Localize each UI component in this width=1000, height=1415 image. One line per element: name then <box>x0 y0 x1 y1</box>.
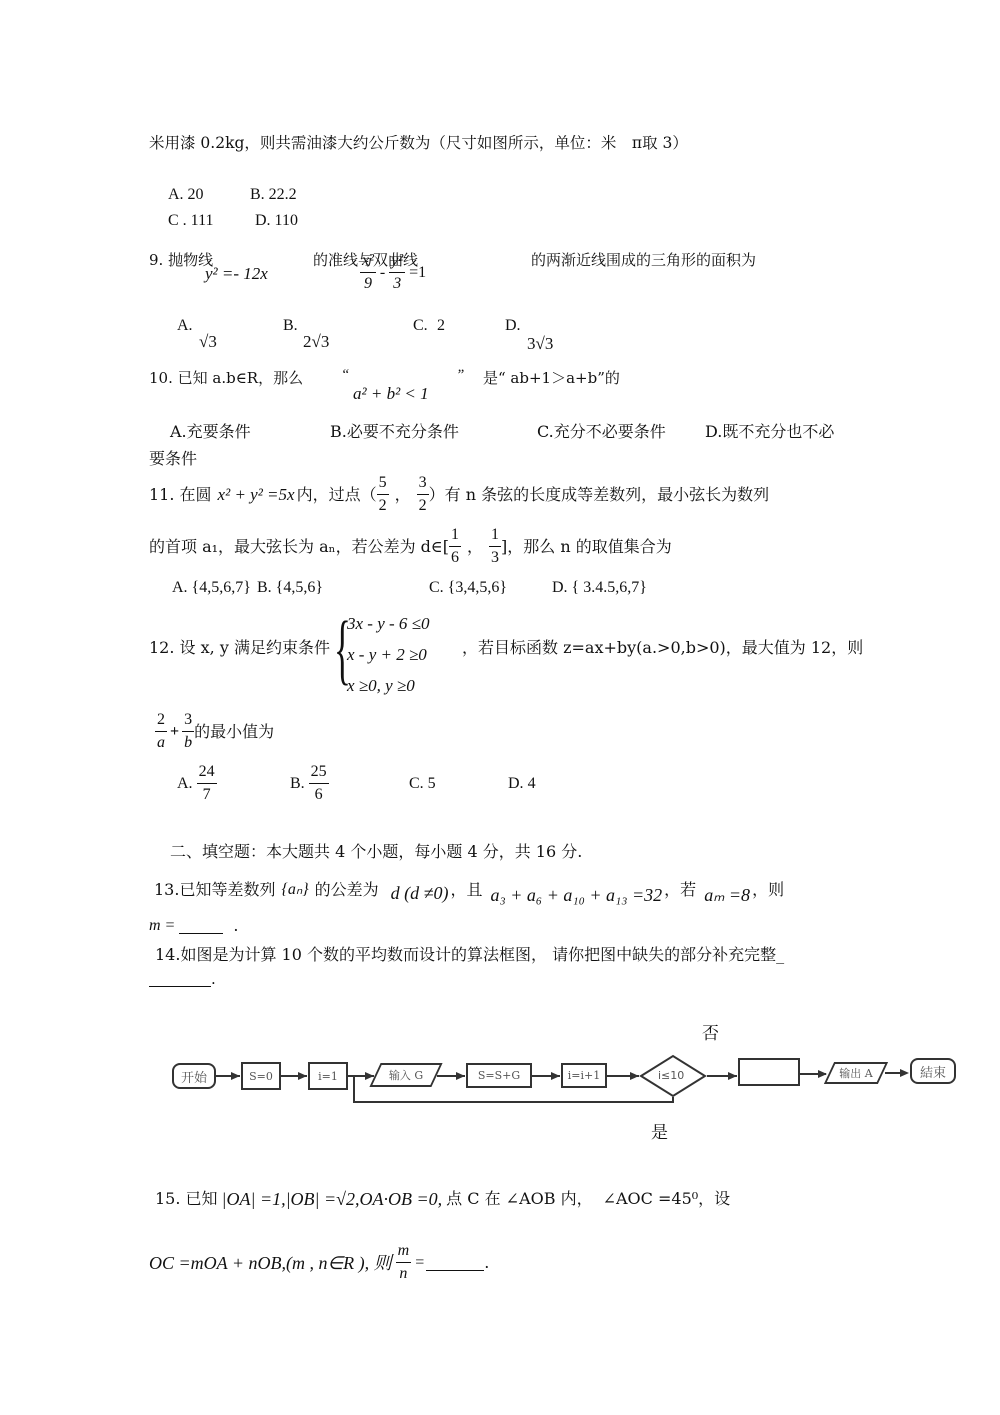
flowchart-accum: S=S+G <box>466 1063 532 1088</box>
q13-m-label: m = <box>149 918 175 934</box>
q11-px-num: 5 <box>377 475 389 495</box>
q12-constraint-2: x - y + 2 ≥0 <box>347 646 427 663</box>
q9-option-a-label: A. <box>177 318 193 334</box>
q13-sum: a₃ + a₆ + a₁₀ + a₁₃ =32 <box>491 886 663 904</box>
q12-option-a-label: A. <box>177 776 193 792</box>
q11-circle: x² + y² =5x <box>218 486 295 503</box>
flowchart-input: 输入 G <box>375 1063 437 1087</box>
q15-ob-norm: |OB| =√2, <box>286 1190 360 1208</box>
flowchart-s0-label: S=0 <box>249 1070 273 1083</box>
q12-option-d-value: 4 <box>528 775 536 792</box>
arrow-icon <box>231 1072 240 1080</box>
arrow-icon <box>456 1072 465 1080</box>
q12-option-a: A. 247 <box>177 764 217 804</box>
q9-h-num2: y² <box>389 253 405 273</box>
arrow-icon <box>298 1072 307 1080</box>
flowchart-inc-label: i=i+1 <box>568 1069 600 1082</box>
q10-option-c: C.充分不必要条件 <box>537 424 666 440</box>
q8-option-c: C . 111 <box>168 213 213 229</box>
q10-mid: 是“ ab+1＞a+b”的 <box>483 371 620 386</box>
q9-option-c-label: C. <box>413 318 428 334</box>
q15-line1: 15. 已知 |OA| =1, |OB| =√2, OA·OB =0, 点 C … <box>155 1190 730 1208</box>
q13-mid2: ，且 <box>451 882 483 898</box>
q9-option-c-value: 2 <box>437 318 445 334</box>
q15-frac-num: m <box>396 1243 412 1263</box>
q13-line2: m = . <box>149 918 238 934</box>
arrow-icon <box>630 1072 639 1080</box>
flowchart-output: 输出 A <box>829 1062 883 1084</box>
q12-suffix: ，若目标函数 z=ax+by(a.>0,b>0)，最大值为 12，则 <box>462 640 863 656</box>
q13-answer-blank[interactable] <box>179 933 223 934</box>
q15-point-c: 点 C 在 ∠AOB 内， <box>446 1191 592 1207</box>
q12-frac-2: 3b <box>182 712 194 752</box>
q12-d1: a <box>157 732 165 752</box>
q13-line1: 13.已知等差数列 {aₙ} 的公差为 d (d ≠0) ，且 a₃ + a₆ … <box>154 876 784 904</box>
flowchart-yes-label: 是 <box>651 1125 668 1142</box>
flowchart-loop-line <box>353 1101 674 1103</box>
arrow-icon <box>900 1069 909 1077</box>
q15-prefix: 15. 已知 <box>155 1191 218 1207</box>
q12-d2: b <box>184 732 192 752</box>
q9-h-rhs: =1 <box>409 265 426 281</box>
q11-point-x: 52 <box>377 475 389 515</box>
q11-dlo-num: 1 <box>449 527 461 547</box>
q12-expression: 2a + 3b 的最小值为 <box>155 712 274 752</box>
q10-prefix: 10. 已知 a.b∈R，那么 <box>149 371 303 386</box>
q10-option-d: D.既不充分也不必 <box>705 424 834 440</box>
q15-oa-norm: |OA| =1, <box>222 1190 286 1208</box>
section-2-heading: 二、填空题：本大题共 4 个小题，每小题 4 分，共 16 分. <box>170 844 582 860</box>
q10-option-b: B.必要不充分条件 <box>330 424 459 440</box>
q11-line1: 11. 在圆 x² + y² =5x 内，过点（ 52 ， 32 ）有 n 条弦… <box>149 475 769 515</box>
q15-dot-product: OA·OB =0, <box>360 1190 443 1208</box>
q9-option-b-value: 2√3 <box>303 333 329 350</box>
flowchart-input-label: 输入 G <box>389 1067 423 1083</box>
q11-dlo-den: 6 <box>451 547 459 567</box>
q11-prefix: 11. 在圆 <box>149 487 212 503</box>
q8-option-a: A. 20 <box>168 187 204 203</box>
q11-px-den: 2 <box>379 495 387 515</box>
q11-d-hi: 13 <box>489 527 501 567</box>
q14-line2: . <box>149 972 216 987</box>
q11-mid: 内，过点（ <box>297 487 377 503</box>
flowchart-start-label: 开始 <box>181 1067 207 1086</box>
q13-end: . <box>233 918 238 934</box>
q9-option-b-label: B. <box>283 318 298 334</box>
q14-text: 14.如图是为计算 10 个数的平均数而设计的算法框图， 请你把图中缺失的部分补… <box>155 947 784 963</box>
q9-h-den2: 3 <box>393 273 401 293</box>
flowchart-s0: S=0 <box>241 1062 281 1090</box>
q9-option-a-value: √3 <box>199 333 217 350</box>
q11-py-num: 3 <box>417 475 429 495</box>
q13-suffix: ，则 <box>752 882 784 898</box>
q11-line2-prefix: 的首项 a₁，最大弦长为 aₙ，若公差为 d∈[ <box>149 539 449 555</box>
q10-option-a: A.充要条件 <box>170 424 251 440</box>
q12-a-den: 7 <box>203 784 211 804</box>
q15-angle: ∠AOC =45⁰，设 <box>603 1191 731 1207</box>
q12-op: + <box>170 724 179 740</box>
q12-prefix: 12. 设 x, y 满足约束条件 <box>149 640 330 656</box>
q15-frac: mn <box>396 1243 412 1283</box>
arrow-icon <box>551 1072 560 1080</box>
q11-point-y: 32 <box>417 475 429 515</box>
flowchart-loop-line <box>353 1077 355 1103</box>
q12-constraint-3: x ≥0, y ≥0 <box>347 677 415 694</box>
q12-constraint-1: 3x - y - 6 ≤0 <box>347 615 430 632</box>
q15-line2: OC =mOA + nOB,(m , n∈R ), 则 mn = . <box>149 1243 489 1283</box>
q11-dhi-num: 1 <box>489 527 501 547</box>
flowchart-decision-label: i≤10 <box>658 1070 684 1081</box>
q12-a-num: 24 <box>197 764 217 784</box>
q15-oc-expr: OC =mOA + nOB,(m , n∈R ), 则 <box>149 1254 392 1272</box>
arrow-icon <box>818 1070 827 1078</box>
q9-option-d-label: D. <box>505 318 521 334</box>
q11-d-lo: 16 <box>449 527 461 567</box>
q9-h-op: - <box>380 265 385 281</box>
q12-option-d: D. 4 <box>508 776 536 792</box>
flowchart-end-label: 結束 <box>920 1062 946 1081</box>
q9-suffix: 的两渐近线围成的三角形的面积为 <box>531 253 756 268</box>
q15-answer-blank[interactable] <box>426 1254 484 1271</box>
q8-option-b: B. 22.2 <box>250 187 297 203</box>
q11-option-a: A. {4,5,6,7} <box>172 580 251 596</box>
flowchart-end: 結束 <box>910 1058 956 1084</box>
q13-am: aₘ =8 <box>704 886 750 904</box>
q12-n2: 3 <box>182 712 194 732</box>
q10-continuation: 要条件 <box>149 451 197 467</box>
q12-b-num: 25 <box>309 764 329 784</box>
q12-option-b: B. 256 <box>290 764 329 804</box>
q9-h-num1: x² <box>360 253 376 273</box>
q12-option-d-label: D. <box>508 775 524 792</box>
q12-option-c: C. 5 <box>409 776 436 792</box>
q15-frac-den: n <box>399 1263 407 1283</box>
q13-seq: {aₙ} <box>281 882 308 898</box>
q13-d: d (d ≠0) <box>391 884 449 902</box>
q12-option-b-label: B. <box>290 776 305 792</box>
flowchart-no-label: 否 <box>702 1026 719 1043</box>
q8-text: 米用漆 0.2kg，则共需油漆大约公斤数为（尺寸如图所示，单位：米 π取 3） <box>149 136 688 152</box>
q13-mid3: ，若 <box>664 882 696 898</box>
q9-parabola: y² =- 12x <box>205 265 268 282</box>
flowchart-inc: i=i+1 <box>561 1063 607 1088</box>
q13-prefix: 13.已知等差数列 <box>154 882 275 898</box>
q9-prefix: 9. 抛物线 <box>149 253 213 268</box>
flowchart-accum-label: S=S+G <box>478 1069 520 1082</box>
flowchart-i1: i=1 <box>308 1062 348 1090</box>
q12-b-den: 6 <box>315 784 323 804</box>
q12-n1: 2 <box>155 712 167 732</box>
q11-option-d: D. { 3.4.5,6,7} <box>552 580 647 596</box>
q13-mid1: 的公差为 <box>315 882 379 898</box>
q10-cond-close: ” <box>456 368 464 383</box>
q11-option-b: B. {4,5,6} <box>257 580 323 596</box>
flowchart-start: 开始 <box>172 1063 216 1089</box>
q11-line2: 的首项 a₁，最大弦长为 aₙ，若公差为 d∈[ 16 ， 13 ]，那么 n … <box>149 527 672 567</box>
q11-option-c: C. {3,4,5,6} <box>429 580 507 596</box>
q12-option-c-label: C. <box>409 775 424 792</box>
q9-hyperbola: x²9 - y²3 =1 <box>360 253 426 293</box>
q12-option-a-frac: 247 <box>197 764 217 804</box>
q8-option-d: D. 110 <box>255 213 298 229</box>
q12-tail: 的最小值为 <box>194 724 274 740</box>
q14-answer-blank[interactable] <box>149 986 211 987</box>
q14-end: . <box>211 972 216 987</box>
q10-cond-open: “ <box>341 368 349 383</box>
q11-py-den: 2 <box>419 495 427 515</box>
q12-frac-1: 2a <box>155 712 167 752</box>
flowchart-output-label: 输出 A <box>839 1065 872 1081</box>
q15-tail: . <box>484 1255 489 1271</box>
q11-suffix: ）有 n 条弦的长度成等差数列，最小弦长为数列 <box>429 487 769 503</box>
q9-option-d-value: 3√3 <box>527 335 553 352</box>
flowchart-missing-box[interactable] <box>738 1058 800 1086</box>
q11-line2-suffix: ]，那么 n 的取值集合为 <box>501 539 672 555</box>
q15-eq: = <box>415 1255 424 1271</box>
q10-condition: a² + b² < 1 <box>353 385 429 402</box>
q12-option-b-frac: 256 <box>309 764 329 804</box>
arrow-icon <box>728 1072 737 1080</box>
q12-option-c-value: 5 <box>428 775 436 792</box>
q11-dhi-den: 3 <box>491 547 499 567</box>
q9-h-den1: 9 <box>364 273 372 293</box>
flowchart-i1-label: i=1 <box>318 1070 338 1083</box>
